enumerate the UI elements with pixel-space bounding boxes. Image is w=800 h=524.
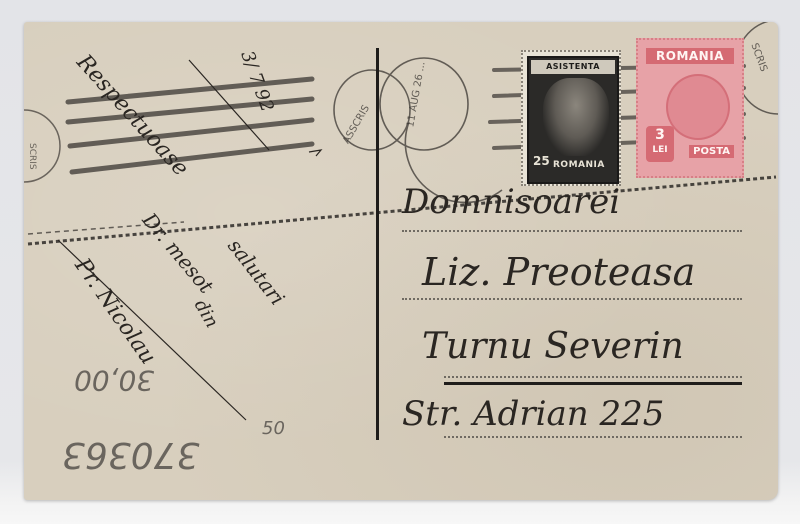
svg-text:SCRIS: SCRIS: [748, 42, 768, 74]
address-line-4: Str. Adrian 225: [402, 394, 664, 434]
pencil-inventory-number: 370363: [62, 434, 199, 475]
address-guide-line: [402, 298, 742, 300]
stamp-value: 25: [533, 154, 550, 168]
address-divider: [376, 48, 379, 440]
svg-text:ASSCRIS: ASSCRIS: [341, 103, 372, 146]
stamp-top-text: ASISTENTA SOCIALA: [531, 60, 615, 74]
address-line-3: Turnu Severin: [422, 326, 684, 367]
definitive-stamp: ROMANIA 3 LEI POSTA: [636, 38, 744, 178]
stamp-country: ROMANIA: [553, 160, 605, 170]
address-guide-line: [402, 230, 742, 232]
charity-stamp: ASISTENTA SOCIALA 25 ROMANIA: [521, 50, 621, 186]
address-line-1: Domnisoarei: [402, 182, 620, 222]
svg-text:SCRIS: SCRIS: [27, 143, 37, 170]
pencil-price: 30,00: [74, 364, 154, 397]
stamp-country: ROMANIA: [646, 48, 734, 64]
stamp-value: 3 LEI: [646, 126, 674, 162]
stamp-posta-label: POSTA: [689, 145, 734, 158]
address-line-2: Liz. Preoteasa: [422, 250, 695, 294]
address-underline: [444, 382, 742, 385]
stamp-figure-illustration: [543, 78, 609, 156]
svg-text:11 AUG 26 ...: 11 AUG 26 ...: [405, 61, 427, 128]
pencil-note: 50: [262, 418, 285, 439]
king-portrait-icon: [666, 74, 730, 140]
postcard: SCRIS ASSCRIS 11 AUG 26 ... SCRIS ASISTE…: [24, 22, 778, 500]
address-guide-line: [444, 436, 742, 438]
address-guide-line: [444, 376, 742, 378]
